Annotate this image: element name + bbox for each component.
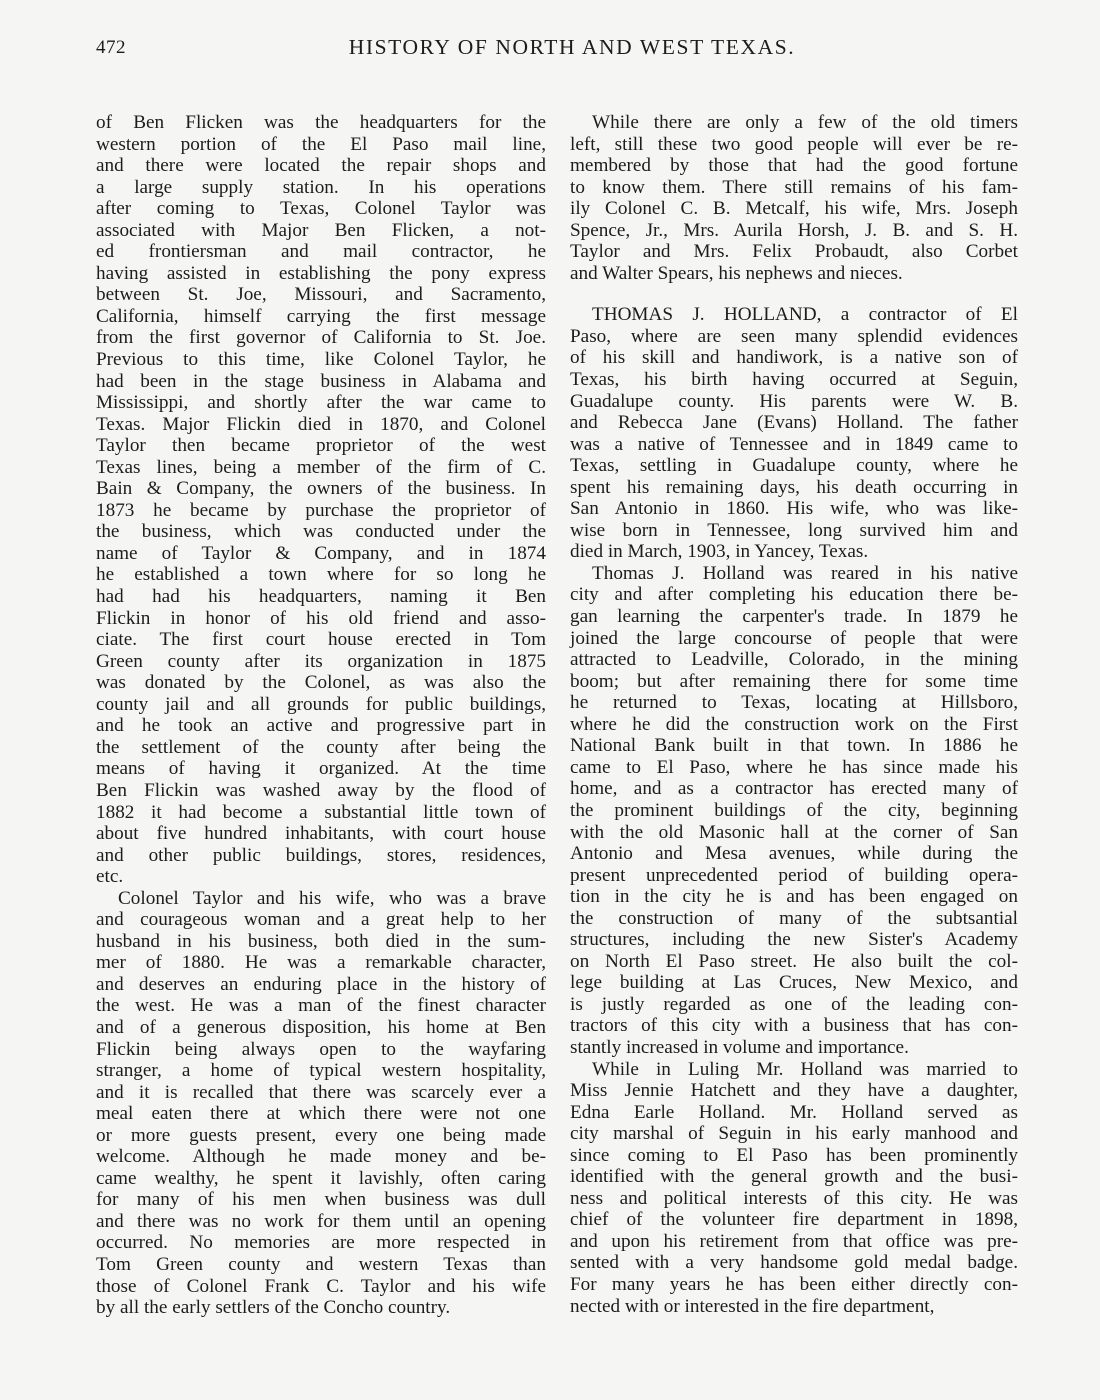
- text-line: by all the early settlers of the Concho …: [96, 1297, 546, 1319]
- text-line: Texas, settling in Guadalupe county, whe…: [570, 455, 1018, 477]
- book-title: HISTORY OF NORTH AND WEST TEXAS.: [96, 35, 1020, 60]
- text-line: died in March, 1903, in Yancey, Texas.: [570, 541, 1018, 563]
- text-line: Taylor and Mrs. Felix Probaudt, also Cor…: [570, 241, 1018, 263]
- text-line: and upon his retirement from that office…: [570, 1231, 1018, 1253]
- text-line: and there was no work for them until an …: [96, 1211, 546, 1233]
- text-line: National Bank built in that town. In 188…: [570, 735, 1018, 757]
- text-line: present unprecedented period of building…: [570, 865, 1018, 887]
- text-line: he returned to Texas, locating at Hillsb…: [570, 692, 1018, 714]
- text-line: Flickin being always open to the wayfari…: [96, 1039, 546, 1061]
- text-line: for many of his men when business was du…: [96, 1189, 546, 1211]
- text-line: boom; but after remaining there for some…: [570, 671, 1018, 693]
- text-line: Guadalupe county. His parents were W. B.: [570, 391, 1018, 413]
- text-line: sented with a very handsome gold medal b…: [570, 1252, 1018, 1274]
- text-line: Edna Earle Holland. Mr. Holland served a…: [570, 1102, 1018, 1124]
- paragraph-holland-career: Thomas J. Holland was reared in his nati…: [570, 563, 1018, 1059]
- paragraph-taylor-continued: of Ben Flicken was the headquarters for …: [96, 112, 546, 888]
- text-line: Ben Flickin was washed away by the flood…: [96, 780, 546, 802]
- text-line: left, still these two good people will e…: [570, 134, 1018, 156]
- text-line: attracted to Leadville, Colorado, in the…: [570, 649, 1018, 671]
- text-line: spent his remaining days, his death occu…: [570, 477, 1018, 499]
- text-line: came to El Paso, where he has since made…: [570, 757, 1018, 779]
- text-line: had been in the stage business in Alabam…: [96, 371, 546, 393]
- text-line: he established a town where for so long …: [96, 564, 546, 586]
- text-line: the business, which was conducted under …: [96, 521, 546, 543]
- text-line: For many years he has been either direct…: [570, 1274, 1018, 1296]
- text-line: nected with or interested in the fire de…: [570, 1296, 1018, 1318]
- text-line: welcome. Although he made money and be-: [96, 1146, 546, 1168]
- text-line: city marshal of Seguin in his early manh…: [570, 1123, 1018, 1145]
- text-line: Bain & Company, the owners of the busine…: [96, 478, 546, 500]
- text-line: came wealthy, he spent it lavishly, ofte…: [96, 1168, 546, 1190]
- text-line: since coming to El Paso has been promine…: [570, 1145, 1018, 1167]
- text-line: Colonel Taylor and his wife, who was a b…: [96, 888, 546, 910]
- text-line: 1873 he became by purchase the proprieto…: [96, 500, 546, 522]
- text-line: Thomas J. Holland was reared in his nati…: [570, 563, 1018, 585]
- text-line: after coming to Texas, Colonel Taylor wa…: [96, 198, 546, 220]
- text-line: name of Taylor & Company, and in 1874: [96, 543, 546, 565]
- text-line: 1882 it had become a substantial little …: [96, 802, 546, 824]
- text-line: the prominent buildings of the city, beg…: [570, 800, 1018, 822]
- text-line: stranger, a home of typical western hosp…: [96, 1060, 546, 1082]
- text-line: and there were located the repair shops …: [96, 155, 546, 177]
- text-line: While there are only a few of the old ti…: [570, 112, 1018, 134]
- paragraph-holland-intro: THOMAS J. HOLLAND, a contractor of ElPas…: [570, 304, 1018, 563]
- text-line: Texas. Major Flickin died in 1870, and C…: [96, 414, 546, 436]
- text-line: and Walter Spears, his nephews and niece…: [570, 263, 1018, 285]
- text-line: of his skill and handiwork, is a native …: [570, 347, 1018, 369]
- text-line: ness and political interests of this cit…: [570, 1188, 1018, 1210]
- text-line: Texas, his birth having occurred at Segu…: [570, 369, 1018, 391]
- text-line: having assisted in establishing the pony…: [96, 263, 546, 285]
- text-line: ciate. The first court house erected in …: [96, 629, 546, 651]
- text-line: home, and as a contractor has erected ma…: [570, 778, 1018, 800]
- text-line: Paso, where are seen many splendid evide…: [570, 326, 1018, 348]
- text-line: and other public buildings, stores, resi…: [96, 845, 546, 867]
- text-line: stantly increased in volume and importan…: [570, 1037, 1018, 1059]
- text-line: wise born in Tennessee, long survived hi…: [570, 520, 1018, 542]
- text-line: mer of 1880. He was a remarkable charact…: [96, 952, 546, 974]
- text-line: the settlement of the county after being…: [96, 737, 546, 759]
- text-line: gan learning the carpenter's trade. In 1…: [570, 606, 1018, 628]
- text-line: tion in the city he is and has been enga…: [570, 886, 1018, 908]
- text-line: meal eaten there at which there were not…: [96, 1103, 546, 1125]
- paragraph-taylor-wife: Colonel Taylor and his wife, who was a b…: [96, 888, 546, 1319]
- text-line: Green county after its organization in 1…: [96, 651, 546, 673]
- text-line: California, himself carrying the first m…: [96, 306, 546, 328]
- text-line: While in Luling Mr. Holland was married …: [570, 1059, 1018, 1081]
- text-line: joined the large concourse of people tha…: [570, 628, 1018, 650]
- text-line: was donated by the Colonel, as was also …: [96, 672, 546, 694]
- text-line: and Rebecca Jane (Evans) Holland. The fa…: [570, 412, 1018, 434]
- text-line: to know them. There still remains of his…: [570, 177, 1018, 199]
- text-line: county jail and all grounds for public b…: [96, 694, 546, 716]
- text-line: the west. He was a man of the finest cha…: [96, 995, 546, 1017]
- text-line: Previous to this time, like Colonel Tayl…: [96, 349, 546, 371]
- text-line: Texas lines, being a member of the firm …: [96, 457, 546, 479]
- text-line: on North El Paso street. He also built t…: [570, 951, 1018, 973]
- text-line: San Antonio in 1860. His wife, who was l…: [570, 498, 1018, 520]
- text-line: the construction of many of the subtsant…: [570, 908, 1018, 930]
- text-line: Antonio and Mesa avenues, while during t…: [570, 843, 1018, 865]
- text-line: city and after completing his education …: [570, 584, 1018, 606]
- book-page: 472 HISTORY OF NORTH AND WEST TEXAS. of …: [0, 0, 1100, 1400]
- text-line: and it is recalled that there was scarce…: [96, 1082, 546, 1104]
- text-line: with the old Masonic hall at the corner …: [570, 822, 1018, 844]
- text-line: means of having it organized. At the tim…: [96, 758, 546, 780]
- text-line: western portion of the El Paso mail line…: [96, 134, 546, 156]
- text-line: tractors of this city with a business th…: [570, 1015, 1018, 1037]
- text-line: membered by those that had the good fort…: [570, 155, 1018, 177]
- right-column: While there are only a few of the old ti…: [570, 112, 1018, 1317]
- paragraph-holland-family: While in Luling Mr. Holland was married …: [570, 1059, 1018, 1318]
- text-line: was a native of Tennessee and in 1849 ca…: [570, 434, 1018, 456]
- text-line: and courageous woman and a great help to…: [96, 909, 546, 931]
- text-line: where he did the construction work on th…: [570, 714, 1018, 736]
- text-line: husband in his business, both died in th…: [96, 931, 546, 953]
- text-line: Taylor then became proprietor of the wes…: [96, 435, 546, 457]
- text-line: ily Colonel C. B. Metcalf, his wife, Mrs…: [570, 198, 1018, 220]
- text-line: ed frontiersman and mail contractor, he: [96, 241, 546, 263]
- text-line: occurred. No memories are more respected…: [96, 1232, 546, 1254]
- text-line: THOMAS J. HOLLAND, a contractor of El: [570, 304, 1018, 326]
- text-line: those of Colonel Frank C. Taylor and his…: [96, 1276, 546, 1298]
- text-line: a large supply station. In his operation…: [96, 177, 546, 199]
- text-line: Tom Green county and western Texas than: [96, 1254, 546, 1276]
- text-line: Mississippi, and shortly after the war c…: [96, 392, 546, 414]
- text-line: Flickin in honor of his old friend and a…: [96, 608, 546, 630]
- paragraph-old-timers: While there are only a few of the old ti…: [570, 112, 1018, 284]
- text-line: about five hundred inhabitants, with cou…: [96, 823, 546, 845]
- text-line: between St. Joe, Missouri, and Sacrament…: [96, 284, 546, 306]
- text-line: lege building at Las Cruces, New Mexico,…: [570, 972, 1018, 994]
- text-line: identified with the general growth and t…: [570, 1166, 1018, 1188]
- text-line: structures, including the new Sister's A…: [570, 929, 1018, 951]
- text-line: etc.: [96, 866, 546, 888]
- text-line: Miss Jennie Hatchett and they have a dau…: [570, 1080, 1018, 1102]
- text-line: and he took an active and progressive pa…: [96, 715, 546, 737]
- text-line: from the first governor of California to…: [96, 327, 546, 349]
- text-line: and deserves an enduring place in the hi…: [96, 974, 546, 996]
- running-head: 472 HISTORY OF NORTH AND WEST TEXAS.: [96, 35, 1020, 61]
- left-column: of Ben Flicken was the headquarters for …: [96, 112, 546, 1319]
- text-line: chief of the volunteer fire department i…: [570, 1209, 1018, 1231]
- text-line: associated with Major Ben Flicken, a not…: [96, 220, 546, 242]
- text-line: is justly regarded as one of the leading…: [570, 994, 1018, 1016]
- text-line: or more guests present, every one being …: [96, 1125, 546, 1147]
- text-line: had had his headquarters, naming it Ben: [96, 586, 546, 608]
- text-line: of Ben Flicken was the headquarters for …: [96, 112, 546, 134]
- text-line: and of a generous disposition, his home …: [96, 1017, 546, 1039]
- text-line: Spence, Jr., Mrs. Aurila Horsh, J. B. an…: [570, 220, 1018, 242]
